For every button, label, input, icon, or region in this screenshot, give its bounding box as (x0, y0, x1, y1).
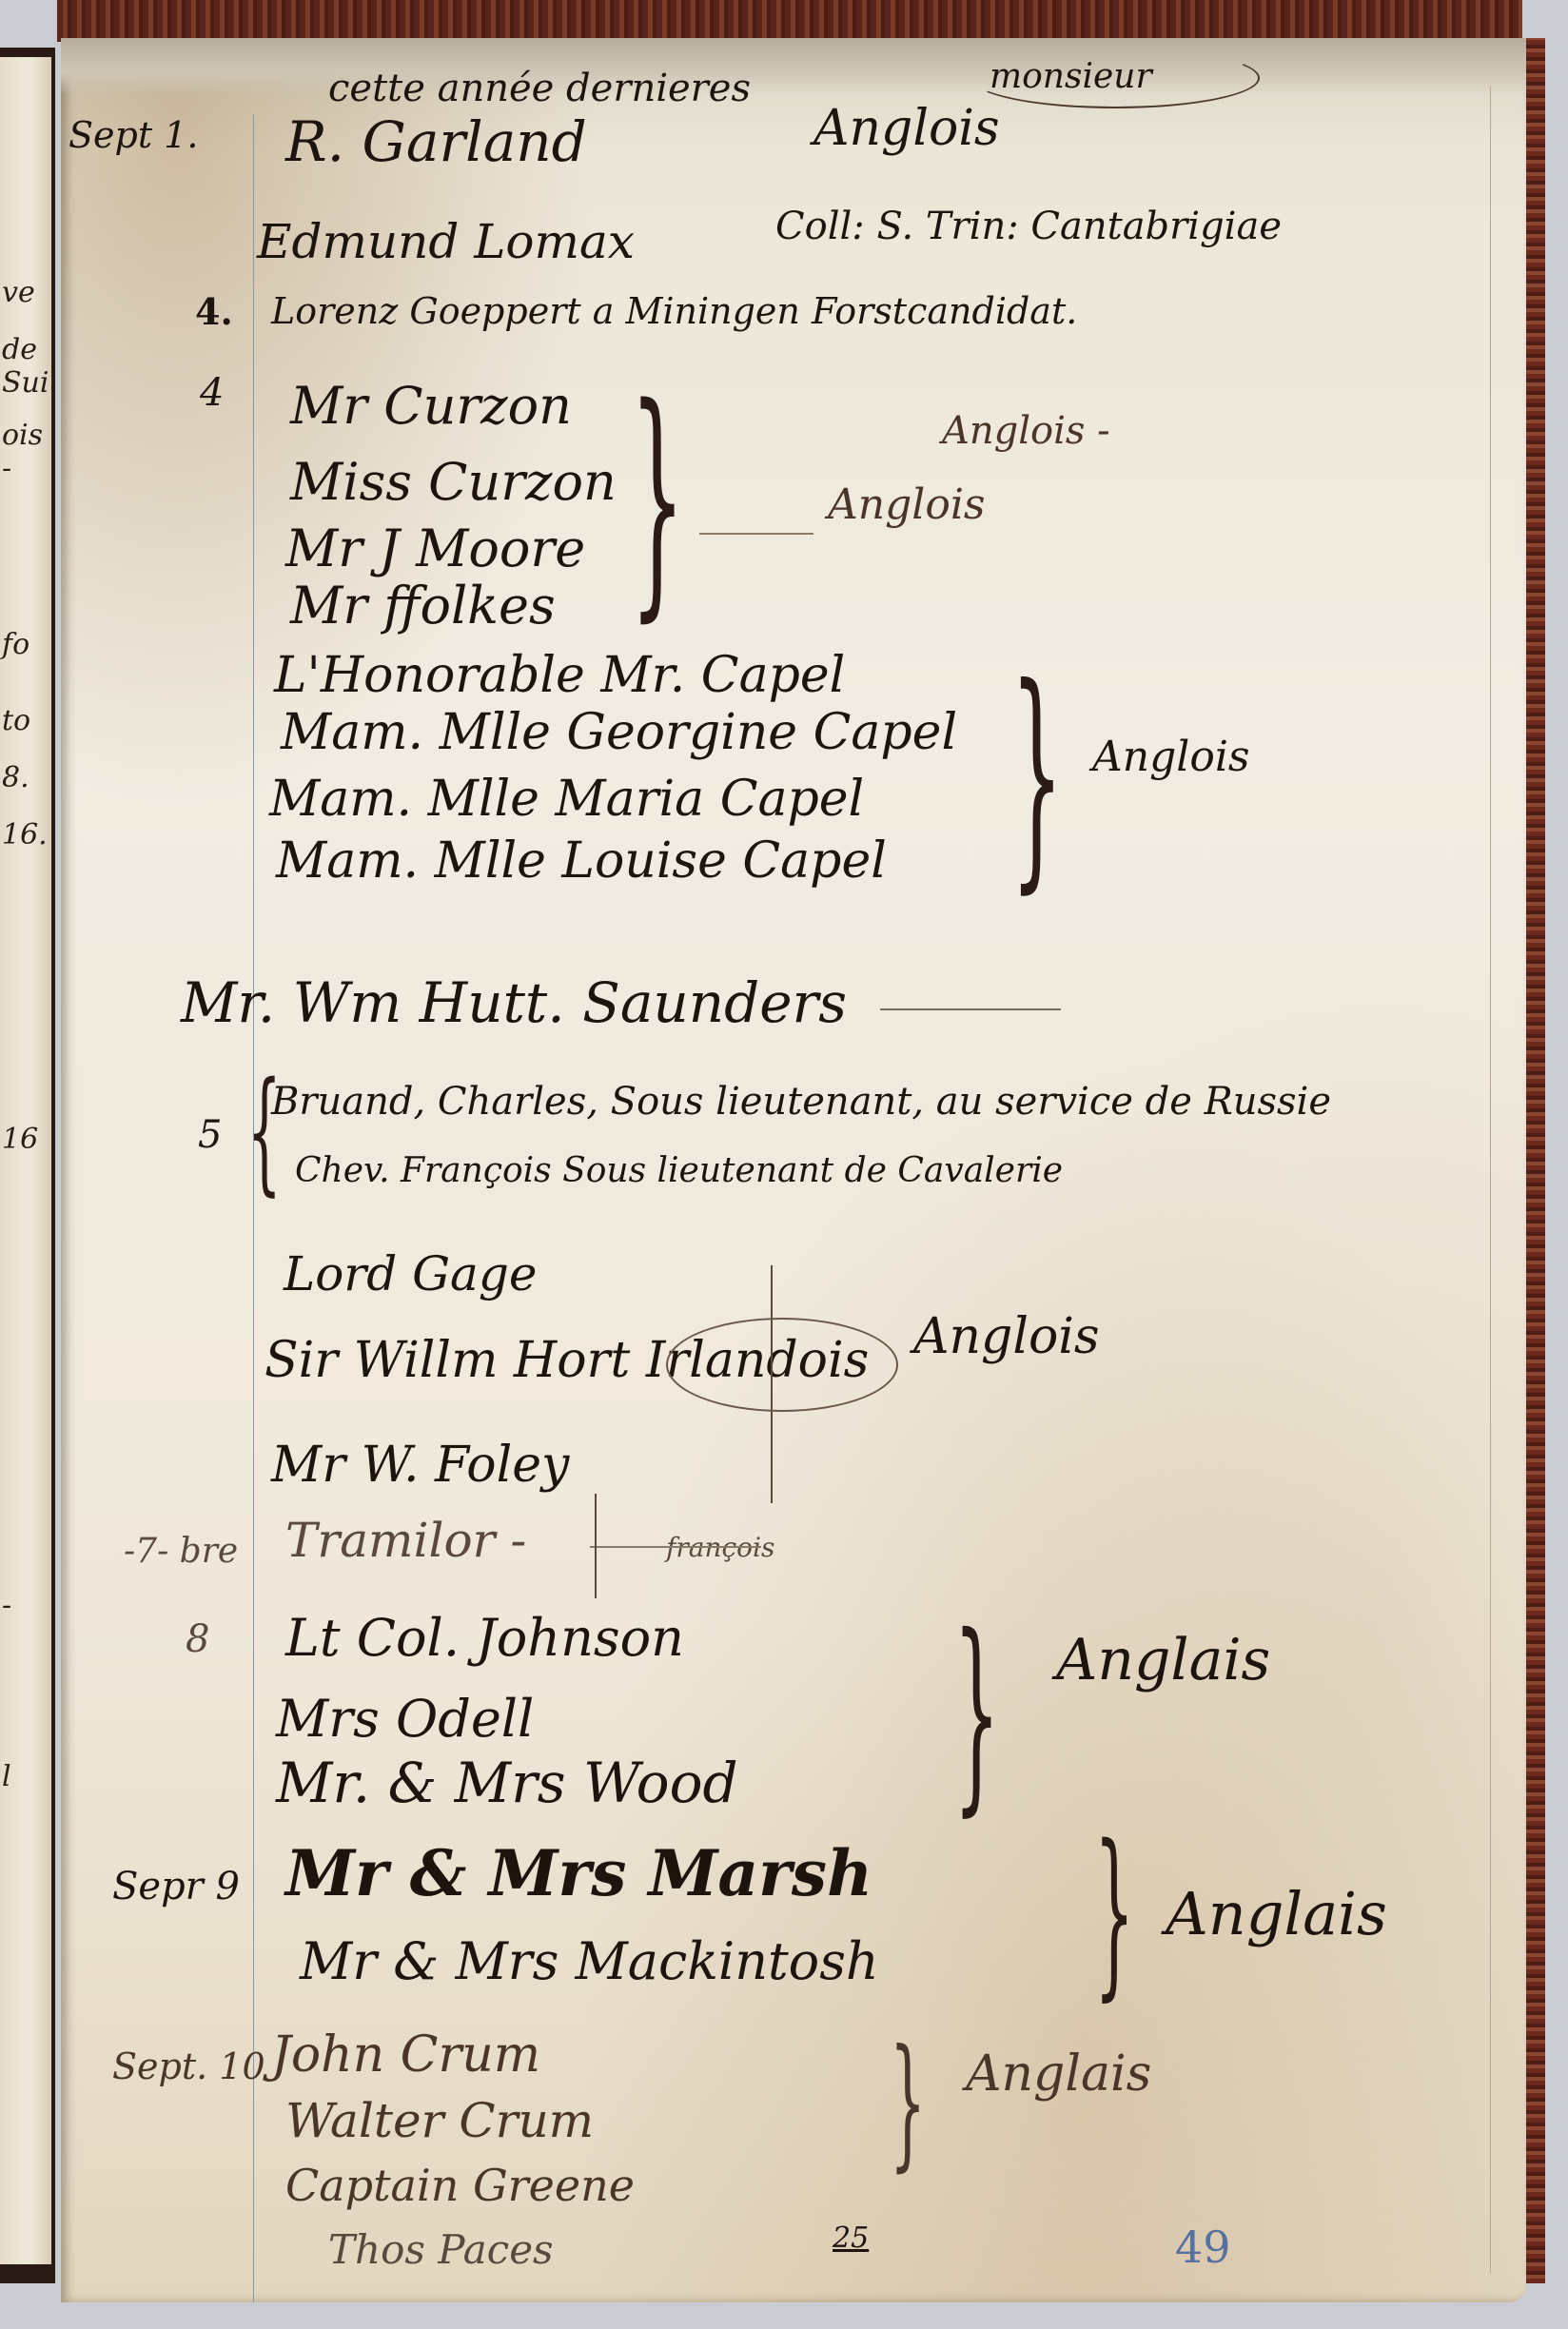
tally-number: 25 (833, 2221, 869, 2255)
entry-name: Mam. Mlle Maria Capel (269, 771, 864, 828)
book-cover-top (57, 0, 1522, 42)
connector-line (699, 533, 813, 535)
entry-name: Lt Col. Johnson (285, 1608, 684, 1668)
vertical-stroke (595, 1494, 597, 1598)
entry-date: Sept. 10 (112, 2045, 265, 2087)
page-top-stain (61, 38, 1526, 95)
entry-date: -7- bre (124, 1532, 238, 1571)
group-note: Anglois - (942, 409, 1110, 453)
entry-note: Anglois (813, 100, 1000, 157)
entry-name: Mam. Mlle Georgine Capel (281, 704, 957, 761)
left-page-fragment: to (2, 704, 30, 737)
entry-name: Lord Gage (284, 1246, 537, 1301)
entry-name: Mr J Moore (285, 519, 585, 578)
entry-name: Walter Crum (285, 2093, 594, 2148)
left-page-fragment: - (2, 1589, 11, 1622)
entry-name: Mr & Mrs Mackintosh (300, 1931, 879, 1991)
circled-note (666, 1318, 898, 1412)
entry-name: Bruand, Charles, Sous lieutenant, au ser… (271, 1080, 1331, 1124)
left-page-fragment: 16 (2, 1123, 38, 1156)
header-flourish (970, 48, 1260, 108)
left-page-fragment: 16. (2, 818, 48, 851)
group-note: Anglois (1092, 733, 1250, 781)
entry-name: Edmund Lomax (257, 214, 635, 269)
entry-name: R. Garland (285, 109, 587, 174)
group-note: Anglois (828, 480, 986, 529)
entry-name: Tramilor - (285, 1513, 526, 1568)
left-page-fragment: de Sui (2, 333, 51, 400)
group-note: Anglais (1056, 1627, 1270, 1693)
brace-capel: } (1010, 656, 1064, 894)
entry-date: Sepr 9 (112, 1865, 240, 1908)
entry-name: Mam. Mlle Louise Capel (276, 832, 887, 890)
brace-bruand: { (247, 1066, 282, 1199)
brace-marsh: } (1094, 1822, 1134, 2003)
connector-line (590, 1546, 761, 1548)
entry-date: 8 (186, 1617, 209, 1661)
left-page-fragment: ois - (2, 419, 51, 485)
entry-date: Sept 1. (69, 114, 198, 156)
entry-name: Miss Curzon (290, 452, 617, 512)
left-page-fragment: ve (2, 276, 35, 309)
entry-name: Captain Greene (285, 2160, 635, 2211)
left-page-fragment: 8. (2, 761, 29, 794)
left-page-fragment: l (2, 1760, 11, 1793)
entry-name: Mr & Mrs Marsh (285, 1836, 872, 1910)
entry-name: Mr. & Mrs Wood (276, 1751, 738, 1815)
brace-curzon: } (630, 376, 685, 623)
entry-name: John Crum (271, 2026, 540, 2084)
group-note: Anglois (913, 1308, 1100, 1365)
entry-name: Mr. Wm Hutt. Saunders (181, 970, 847, 1035)
entry-name: Mrs Odell (276, 1689, 534, 1749)
entry-date: 5 (198, 1113, 222, 1157)
entry-name: Chev. François Sous lieutenant de Cavale… (295, 1151, 1063, 1190)
left-page-edge: ve de Sui ois - fo to 8. 16. 16 - l (0, 57, 51, 2264)
group-note: Anglais (1166, 1879, 1387, 1948)
entry-name: Lorenz Goeppert a Miningen Forstcandidat… (271, 290, 1077, 332)
brace-johnson: } (953, 1608, 1000, 1817)
entry-name: Mr Curzon (290, 376, 572, 436)
page-number: 49 (1175, 2221, 1231, 2273)
entry-date: 4. (195, 290, 233, 333)
entry-name: Thos Paces (328, 2226, 554, 2273)
flourish-line (880, 1008, 1061, 1010)
header-note: cette année dernieres (328, 67, 751, 110)
entry-name: Mr W. Foley (271, 1437, 569, 1494)
group-note: Anglais (966, 2045, 1151, 2103)
page-edge-rule (1490, 86, 1491, 2274)
entry-name: Mr ffolkes (290, 576, 556, 636)
brace-crum: } (890, 2031, 926, 2174)
entry-note: Coll: S. Trin: Cantabrigiae (775, 205, 1282, 248)
entry-date: 4 (200, 371, 224, 415)
left-page-fragment: fo (2, 628, 29, 661)
entry-name: L'Honorable Mr. Capel (274, 647, 845, 704)
book-cover-right (1526, 38, 1545, 2283)
